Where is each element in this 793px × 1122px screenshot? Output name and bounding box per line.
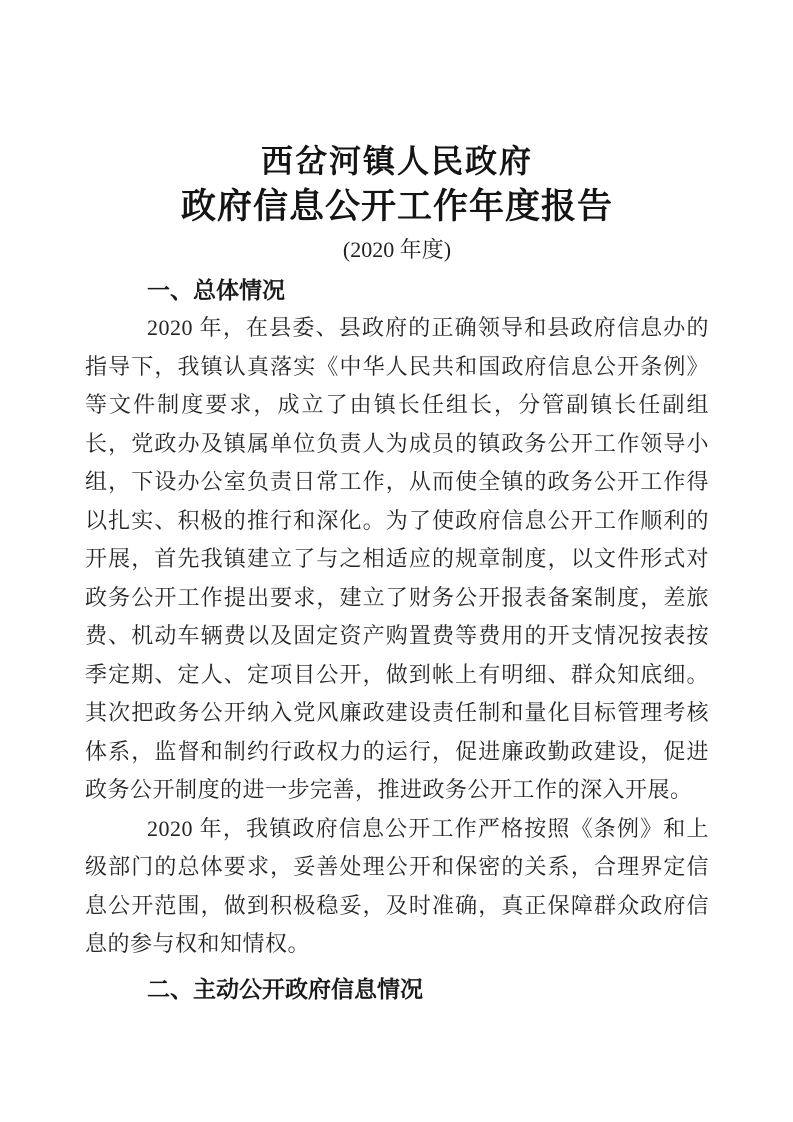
document-title: 西岔河镇人民政府 政府信息公开工作年度报告 [85, 140, 709, 230]
section-1-paragraph-1: 2020 年，在县委、县政府的正确领导和县政府信息办的指导下，我镇认真落实《中华… [85, 309, 709, 810]
document-page: 西岔河镇人民政府 政府信息公开工作年度报告 (2020 年度) 一、总体情况 2… [0, 0, 793, 1122]
document-title-line-1: 西岔河镇人民政府 [85, 140, 709, 183]
section-1-paragraph-2: 2020 年，我镇政府信息公开工作严格按照《条例》和上级部门的总体要求，妥善处理… [85, 810, 709, 964]
document-subtitle-year: (2020 年度) [85, 235, 709, 265]
document-title-line-2: 政府信息公开工作年度报告 [85, 183, 709, 230]
section-heading-2-proactive-disclosure: 二、主动公开政府信息情况 [85, 970, 709, 1008]
document-content: 西岔河镇人民政府 政府信息公开工作年度报告 (2020 年度) 一、总体情况 2… [85, 140, 709, 1008]
section-heading-1-overall-situation: 一、总体情况 [85, 271, 709, 309]
